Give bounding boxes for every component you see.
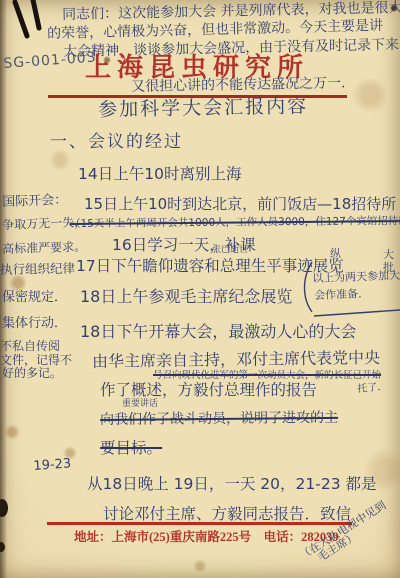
- pen-stroke-1: [15, 2, 27, 36]
- brace-underline: [314, 310, 400, 316]
- brace-curve: [305, 262, 313, 312]
- pen-stroke-2: [33, 0, 39, 28]
- scanned-document-page: 同志们：这次能参加大会 并是列席代表，对我也是很大 的荣誉，心情极为兴奋，但也非…: [0, 0, 400, 578]
- edge-ink-blob-1: [0, 499, 8, 517]
- edge-ink-blob-2: [0, 542, 5, 552]
- ink-marks-overlay: [0, 0, 400, 578]
